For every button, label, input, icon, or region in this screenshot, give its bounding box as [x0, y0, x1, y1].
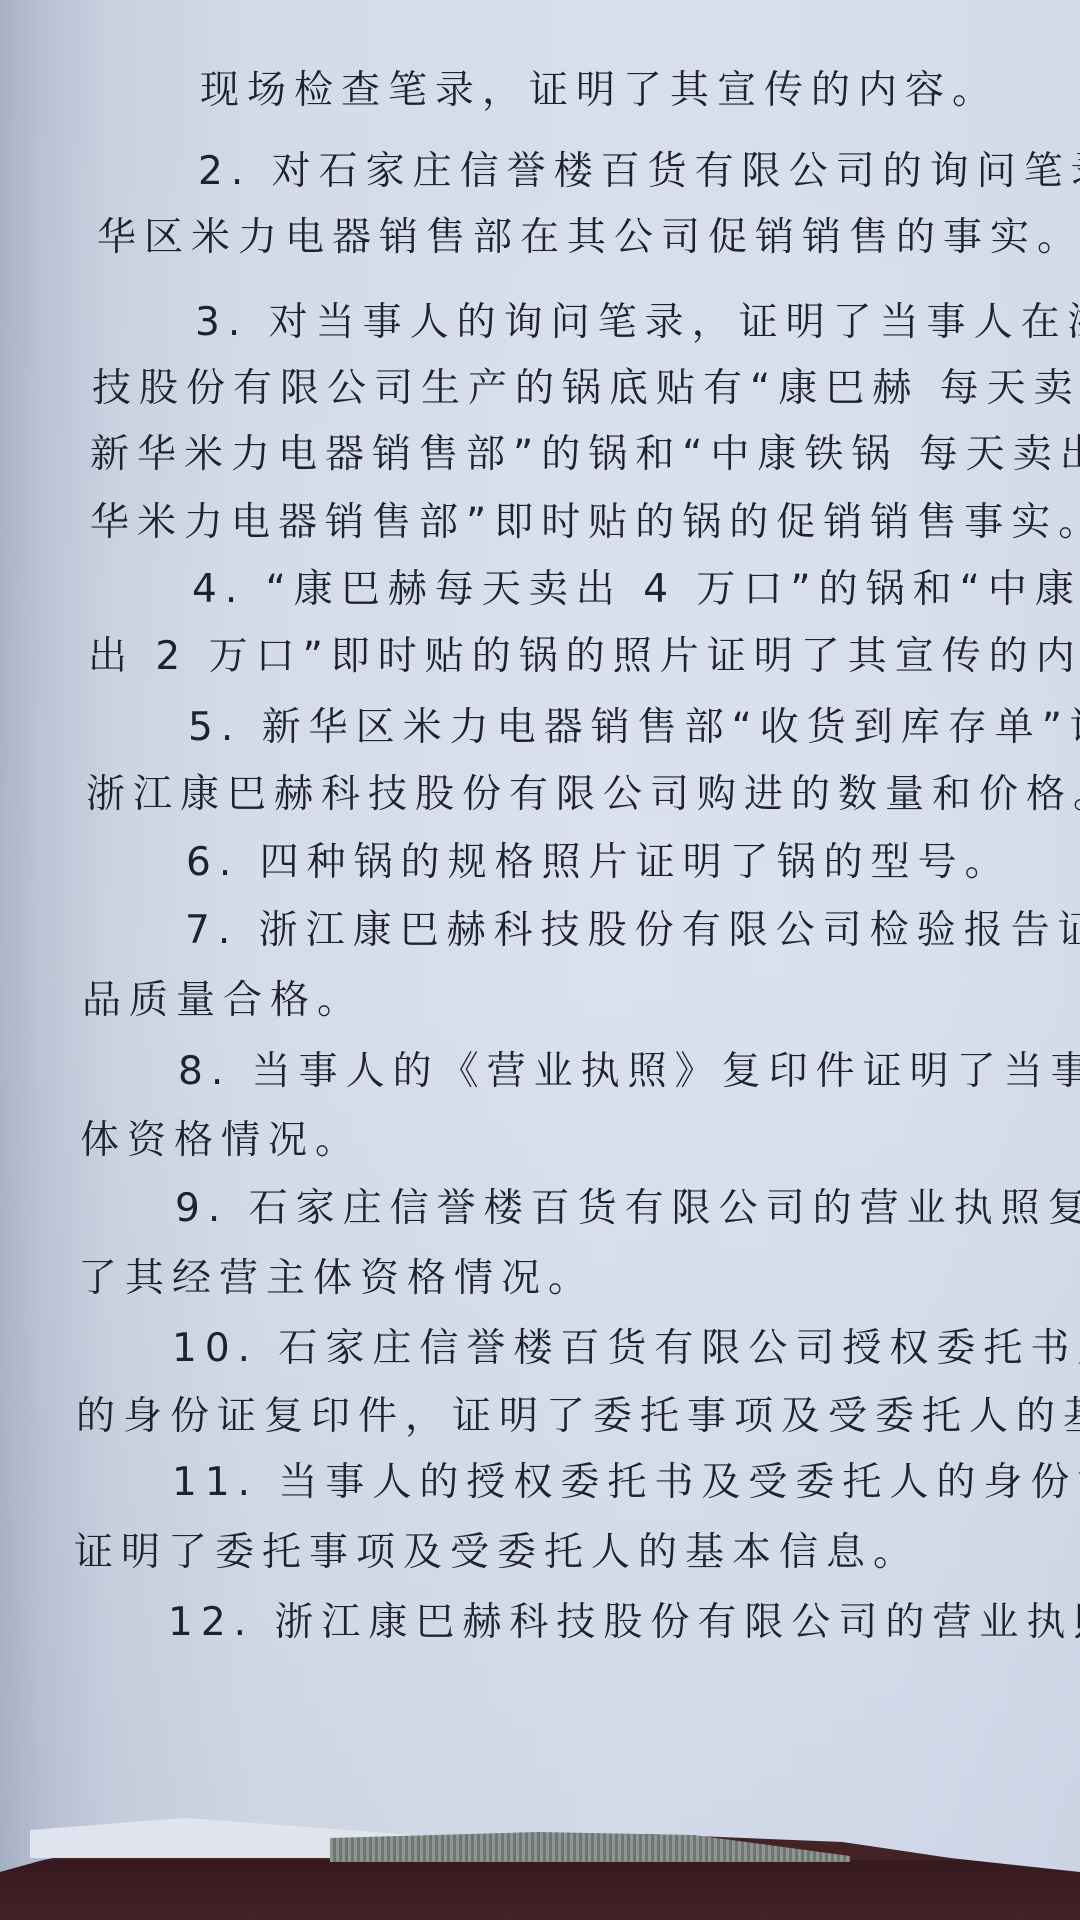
text-line: 10. 石家庄信誉楼百货有限公司授权委托书及受委托人: [172, 1324, 1080, 1374]
text-line: 华区米力电器销售部在其公司促销销售的事实。: [97, 213, 1080, 263]
text-line: 新华米力电器销售部”的锅和“中康铁锅 每天卖出2万口 新: [90, 430, 1080, 480]
text-line: 浙江康巴赫科技股份有限公司购进的数量和价格。: [86, 770, 1080, 820]
text-line: 5. 新华区米力电器销售部“收货到库存单”证明了从其: [188, 703, 1080, 753]
table-surface: [0, 1860, 1080, 1920]
text-line: 2. 对石家庄信誉楼百货有限公司的询问笔录证明了新: [198, 147, 1080, 197]
text-line: 9. 石家庄信誉楼百货有限公司的营业执照复印件证明: [175, 1184, 1080, 1234]
text-line: 8. 当事人的《营业执照》复印件证明了当事人的经营主: [178, 1047, 1080, 1097]
text-line: 12. 浙江康巴赫科技股份有限公司的营业执照复印件证: [168, 1598, 1080, 1648]
text-line: 的身份证复印件，证明了委托事项及受委托人的基本信息。: [76, 1392, 1080, 1442]
text-line: 华米力电器销售部”即时贴的锅的促销销售事实。: [90, 498, 1080, 548]
text-line: 体资格情况。: [80, 1116, 362, 1166]
text-line: 3. 对当事人的询问笔录，证明了当事人在浙江康巴赫科: [195, 298, 1080, 348]
text-line: 品质量合格。: [82, 976, 364, 1026]
text-line: 4. “康巴赫每天卖出 4 万口”的锅和“中康铁锅每天卖: [192, 565, 1080, 615]
text-line: 11. 当事人的授权委托书及受委托人的身份证复印件，: [172, 1458, 1080, 1508]
text-line: 技股份有限公司生产的锅底贴有“康巴赫 每天卖出 4 万口: [92, 364, 1080, 414]
text-line: 现场检查笔录，证明了其宣传的内容。: [200, 66, 999, 116]
text-line: 出 2 万口”即时贴的锅的照片证明了其宣传的内容。: [88, 632, 1080, 682]
text-line: 了其经营主体资格情况。: [78, 1254, 595, 1304]
text-line: 证明了委托事项及受委托人的基本信息。: [74, 1528, 920, 1578]
text-line: 6. 四种锅的规格照片证明了锅的型号。: [186, 838, 1012, 888]
text-line: 7. 浙江康巴赫科技股份有限公司检验报告证明了该商: [185, 906, 1080, 956]
